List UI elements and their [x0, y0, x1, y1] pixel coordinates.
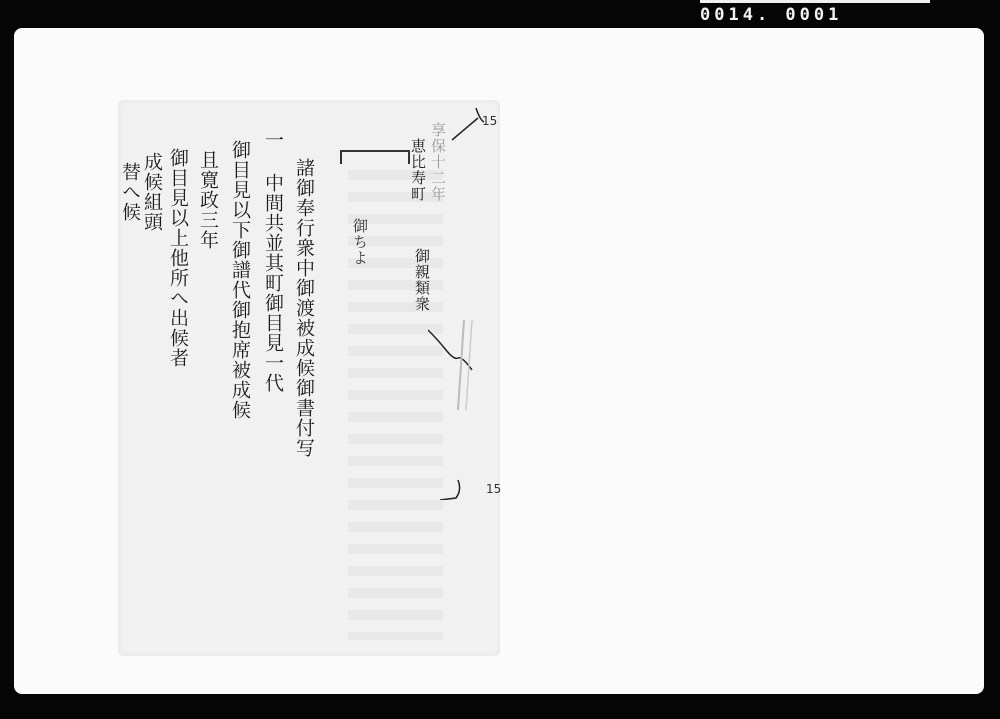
film-edge-strip	[700, 0, 930, 3]
text-column-4: 且寛政三年	[198, 150, 217, 250]
frame-number: 0014. 0001	[700, 4, 930, 26]
side-note: 御親類衆	[414, 248, 429, 312]
paper-crease-mark	[428, 300, 488, 500]
bracket-note: 御ちよ	[352, 218, 367, 266]
document-page: 享保十二年 恵比寿町 御ちよ 御親類衆 諸御奉行衆中御渡被成候御書付写 一 中間…	[118, 100, 500, 656]
text-column-5: 御目見以上他所へ出候者	[168, 148, 187, 368]
header-faint: 享保十二年	[430, 122, 445, 202]
text-column-7: 替へ候	[120, 162, 139, 222]
text-column-2: 一 中間共並其町御目見一代	[263, 130, 282, 393]
header-note: 恵比寿町	[410, 138, 425, 202]
text-column-1: 諸御奉行衆中御渡被成候御書付写	[294, 158, 313, 458]
page-mark-bottom: 15	[486, 482, 501, 496]
corner-stroke-mark	[448, 104, 498, 144]
text-column-6: 成候組頭	[142, 152, 161, 232]
bracket-mark	[340, 150, 410, 164]
text-column-3: 御目見以下御譜代御抱席被成候	[230, 140, 249, 420]
